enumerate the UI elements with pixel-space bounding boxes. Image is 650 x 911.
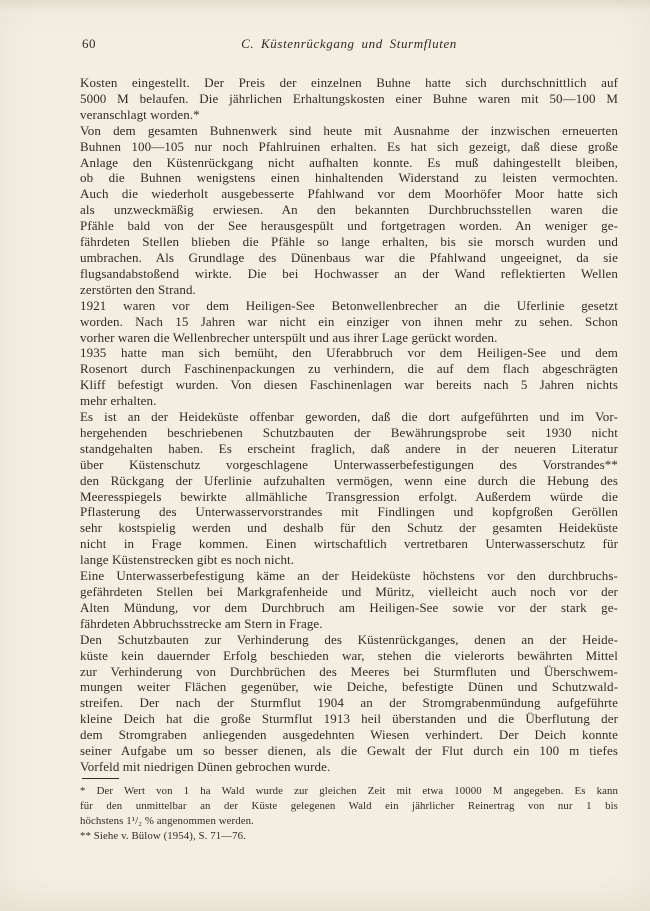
paragraph: 1935 hatte man sich bemüht, den Uferabbr… [80,345,618,409]
text-line: mehr erhalten. [80,393,618,409]
text-line: Kliff befestigt wurden. Von diesen Fasch… [80,377,618,393]
paragraph: Kosten eingestellt. Der Preis der einzel… [80,75,618,123]
text-line: ** Siehe v. Bülow (1954), S. 71—76. [80,829,618,844]
text-line: Rosenort durch Faschinenpackungen zu ver… [80,361,618,377]
text-line: Vorfeld mit niedrigen Dünen gebrochen wu… [80,759,618,775]
book-page: 60 C. Küstenrückgang und Sturmfluten Kos… [0,0,650,911]
text-line: Anlage den Küstenrückgang nicht aufhalte… [80,155,618,171]
text-line: für den unmittelbar an der Küste gelegen… [80,799,618,814]
text-line: Buhnen 100—105 nur noch Pfahlruinen erha… [80,139,618,155]
paragraph: 1921 waren vor dem Heiligen-See Betonwel… [80,298,618,346]
text-line: 1921 waren vor dem Heiligen-See Betonwel… [80,298,618,314]
text-line: Kosten eingestellt. Der Preis der einzel… [80,75,618,91]
text-line: hergehenden beschriebenen Schutzbauten d… [80,425,618,441]
text-line: Den Schutzbauten zur Verhinderung des Kü… [80,632,618,648]
paragraph: Von dem gesamten Buhnenwerk sind heute m… [80,123,618,298]
body-text: Kosten eingestellt. Der Preis der einzel… [80,75,618,775]
text-line: streifen. Der nach der Sturmflut 1904 an… [80,695,618,711]
paragraph: Es ist an der Heideküste offenbar geword… [80,409,618,568]
text-line: nicht in Frage kommen. Einen wirtschaftl… [80,536,618,552]
text-line: zur Verhinderung von Durchbrüchen des Me… [80,664,618,680]
text-line: gefährdeten Stellen bei Markgrafenheide … [80,584,618,600]
footnote: * Der Wert von 1 ha Wald wurde zur gleic… [80,784,618,830]
text-line: Meeresspiegels bewirkte allmähliche Tran… [80,489,618,505]
text-line: Es ist an der Heideküste offenbar geword… [80,409,618,425]
paragraph: Den Schutzbauten zur Verhinderung des Kü… [80,632,618,775]
page-header: 60 C. Küstenrückgang und Sturmfluten [80,36,618,53]
text-line: 5000 M belaufen. Die jährlichen Erhaltun… [80,91,618,107]
text-line: seiner Aufgabe um so besser dienen, als … [80,743,618,759]
running-head: C. Küstenrückgang und Sturmfluten [80,36,618,52]
text-line: vorher waren die Wellenbrecher unterspül… [80,330,618,346]
text-line: fährdeten Stellen blieben die Pfähle so … [80,234,618,250]
text-line: worden. Nach 15 Jahren war nicht ein ein… [80,314,618,330]
text-line: als unzweckmäßig erwiesen. An den bekann… [80,202,618,218]
text-line: sehr kostspielig werden und deshalb für … [80,520,618,536]
text-line: standgehalten haben. Es erscheint fragli… [80,441,618,457]
text-line: veranschlagt worden.* [80,107,618,123]
footnotes: * Der Wert von 1 ha Wald wurde zur gleic… [80,784,618,845]
text-line: zerstörten den Strand. [80,282,618,298]
text-line: Eine Unterwasserbefestigung käme an der … [80,568,618,584]
text-line: Von dem gesamten Buhnenwerk sind heute m… [80,123,618,139]
text-line: höchstens 1¹/₂ % angenommen werden. [80,814,618,829]
footnote-rule [82,778,119,779]
text-line: flugsandabstoßend wirkte. Die bei Hochwa… [80,266,618,282]
text-line: umbrachen. Als Grundlage des Dünenbaus w… [80,250,618,266]
paragraph: Eine Unterwasserbefestigung käme an der … [80,568,618,632]
text-line: mungen weiter Flächen gegenüber, wie Dei… [80,679,618,695]
text-line: 1935 hatte man sich bemüht, den Uferabbr… [80,345,618,361]
text-line: Pflasterung des Unterwasservorstrandes m… [80,504,618,520]
text-line: Auch die wiederholt ausgebesserte Pfahlw… [80,186,618,202]
text-line: ob die Buhnen wenigstens einen hinhalten… [80,170,618,186]
footnote: ** Siehe v. Bülow (1954), S. 71—76. [80,829,618,844]
text-line: dem Stromgraben anliegenden ausgedehnten… [80,727,618,743]
text-column: 60 C. Küstenrückgang und Sturmfluten Kos… [80,36,618,845]
text-line: Pfähle bald von der See herausgespült un… [80,218,618,234]
text-line: lange Küstenstrecken gibt es noch nicht. [80,552,618,568]
page-number: 60 [82,36,96,52]
text-line: über Küstenschutz vorgeschlagene Unterwa… [80,457,618,473]
text-line: den Rückgang der Uferlinie aufzuhalten v… [80,473,618,489]
text-line: kleine Deich hat die große Sturmflut 191… [80,711,618,727]
text-line: * Der Wert von 1 ha Wald wurde zur gleic… [80,784,618,799]
text-line: fährdeten Abbruchsstrecke am Stern in Fr… [80,616,618,632]
text-line: küste kein dauernder Erfolg beschieden w… [80,648,618,664]
text-line: Alten Mündung, vor dem Durchbruch am Hei… [80,600,618,616]
